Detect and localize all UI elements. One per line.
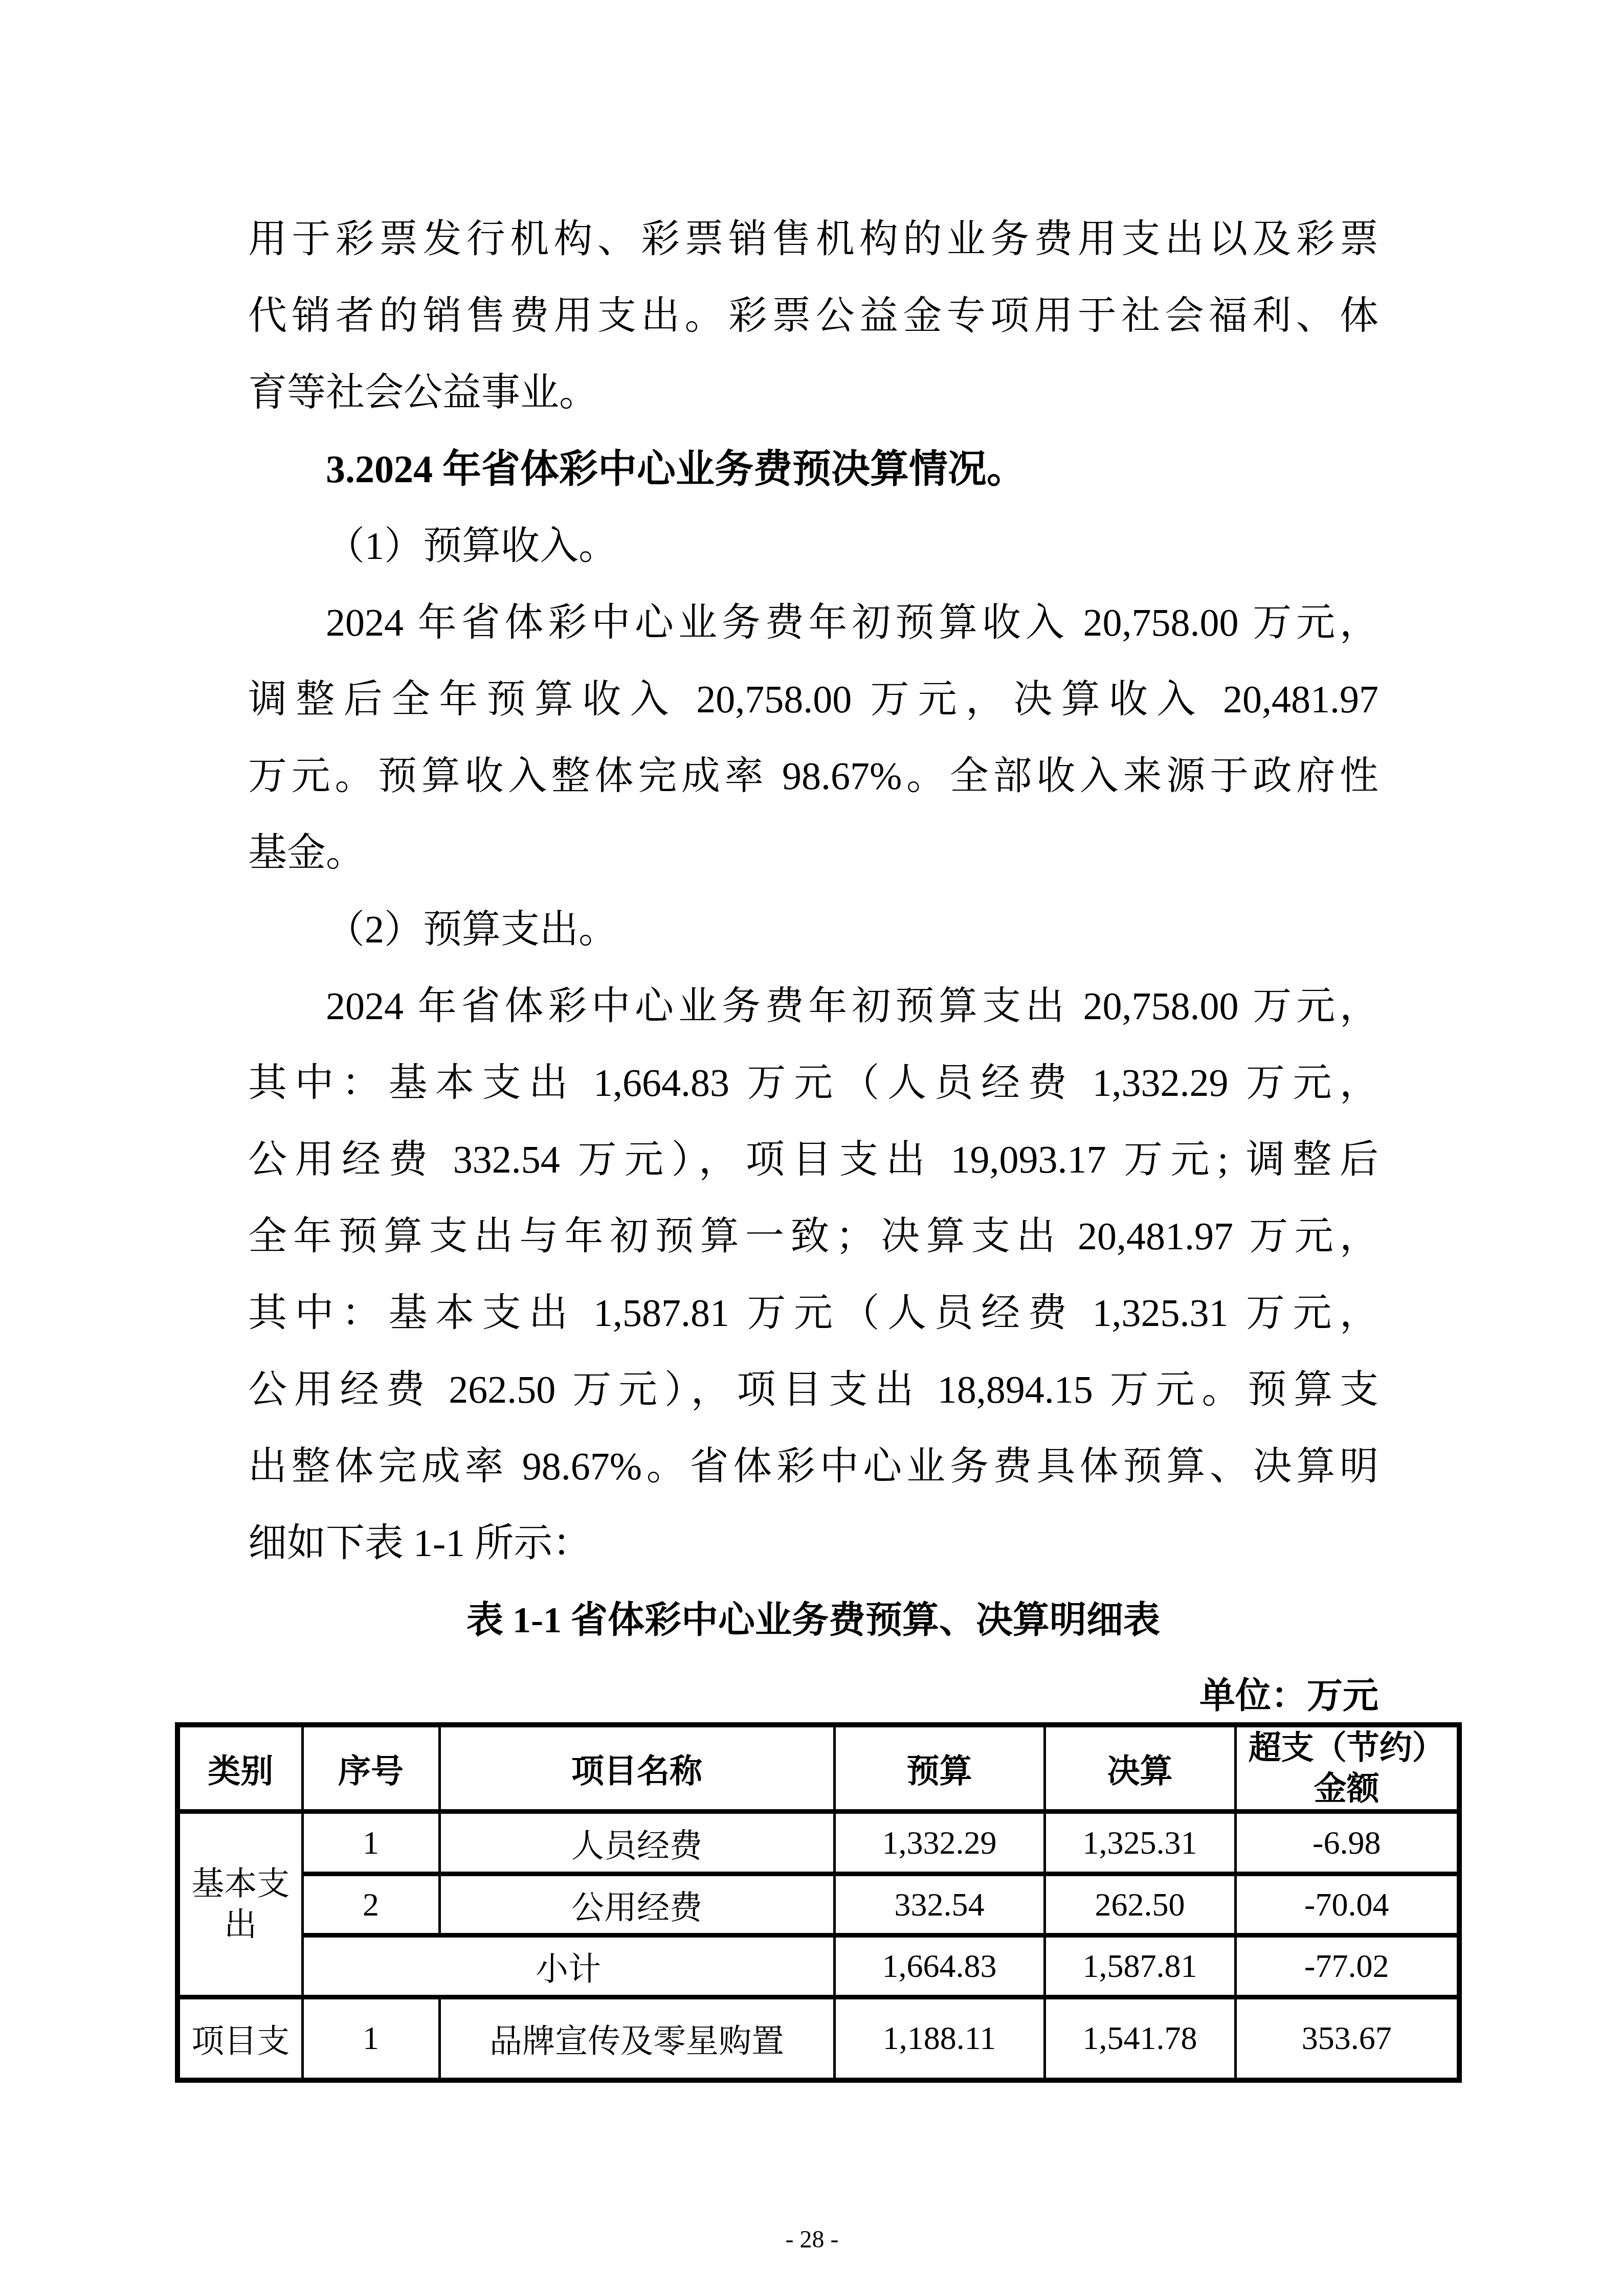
cell-final: 1,541.78 — [1044, 1997, 1235, 2080]
cell-final: 262.50 — [1044, 1874, 1235, 1935]
cell-budget: 1,332.29 — [834, 1812, 1044, 1874]
text-line: 万元。预算收入整体完成率 98.67%。全部收入来源于政府性 — [248, 738, 1378, 815]
cell-no: 1 — [302, 1812, 439, 1874]
text-line: 其中：基本支出 1,587.81 万元（人员经费 1,325.31 万元， — [248, 1275, 1378, 1352]
text-line: 基金。 — [248, 815, 1378, 891]
header-budget: 预算 — [834, 1725, 1044, 1812]
cell-category-project: 项目支 — [177, 1997, 302, 2080]
header-final: 决算 — [1044, 1725, 1235, 1812]
table-row-subtotal: 小计 1,664.83 1,587.81 -77.02 — [177, 1935, 1459, 1997]
cell-final: 1,587.81 — [1044, 1935, 1235, 1997]
text-line: 2024 年省体彩中心业务费年初预算支出 20,758.00 万元， — [248, 968, 1378, 1045]
text-line: 调整后全年预算收入 20,758.00 万元，决算收入 20,481.97 — [248, 661, 1378, 738]
header-no: 序号 — [302, 1725, 439, 1812]
text-line: 公用经费 332.54 万元），项目支出 19,093.17 万元; 调整后 — [248, 1121, 1378, 1198]
page-number: - 28 - — [0, 2225, 1624, 2254]
cell-subtotal-label: 小计 — [302, 1935, 834, 1997]
section-heading: 3.2024 年省体彩中心业务费预决算情况。 — [248, 431, 1378, 508]
text-line: 全年预算支出与年初预算一致；决算支出 20,481.97 万元， — [248, 1198, 1378, 1275]
cell-category-basic-line2: 出 — [180, 1904, 301, 1945]
body-text: 用于彩票发行机构、彩票销售机构的业务费用支出以及彩票 代销者的销售费用支出。彩票… — [248, 201, 1378, 1735]
text-line: 出整体完成率 98.67%。省体彩中心业务费具体预算、决算明 — [248, 1428, 1378, 1505]
cell-category-basic: 基本支 出 — [177, 1812, 302, 1997]
cell-over: -70.04 — [1235, 1874, 1459, 1935]
cell-no: 1 — [302, 1997, 439, 2080]
text-line: 代销者的销售费用支出。彩票公益金专项用于社会福利、体 — [248, 278, 1378, 354]
subsection-heading: （1）预算收入。 — [248, 508, 1378, 584]
document-page: 用于彩票发行机构、彩票销售机构的业务费用支出以及彩票 代销者的销售费用支出。彩票… — [0, 0, 1624, 2296]
cell-over: 353.67 — [1235, 1997, 1459, 2080]
header-over: 超支（节约） 金额 — [1235, 1725, 1459, 1812]
cell-budget: 1,664.83 — [834, 1935, 1044, 1997]
cell-budget: 332.54 — [834, 1874, 1044, 1935]
cell-item: 品牌宣传及零星购置 — [439, 1997, 834, 2080]
table-row: 项目支 1 品牌宣传及零星购置 1,188.11 1,541.78 353.67 — [177, 1997, 1459, 2080]
table-header-row: 类别 序号 项目名称 预算 决算 超支（节约） 金额 — [177, 1725, 1459, 1812]
cell-no: 2 — [302, 1874, 439, 1935]
header-item: 项目名称 — [439, 1725, 834, 1812]
text-line: 细如下表 1-1 所示： — [248, 1505, 1378, 1582]
table-row: 基本支 出 1 人员经费 1,332.29 1,325.31 -6.98 — [177, 1812, 1459, 1874]
cell-over: -6.98 — [1235, 1812, 1459, 1874]
header-category: 类别 — [177, 1725, 302, 1812]
text-line: 2024 年省体彩中心业务费年初预算收入 20,758.00 万元， — [248, 584, 1378, 661]
cell-final: 1,325.31 — [1044, 1812, 1235, 1874]
cell-over: -77.02 — [1235, 1935, 1459, 1997]
header-over-line1: 超支（节约） — [1237, 1727, 1457, 1768]
cell-budget: 1,188.11 — [834, 1997, 1044, 2080]
subsection-heading: （2）预算支出。 — [248, 891, 1378, 968]
cell-item: 人员经费 — [439, 1812, 834, 1874]
text-line: 用于彩票发行机构、彩票销售机构的业务费用支出以及彩票 — [248, 201, 1378, 278]
cell-item: 公用经费 — [439, 1874, 834, 1935]
text-line: 育等社会公益事业。 — [248, 354, 1378, 431]
text-line: 公用经费 262.50 万元），项目支出 18,894.15 万元。预算支 — [248, 1352, 1378, 1428]
cell-category-basic-line1: 基本支 — [180, 1863, 301, 1904]
text-line: 其中：基本支出 1,664.83 万元（人员经费 1,332.29 万元， — [248, 1045, 1378, 1121]
table-caption: 表 1-1 省体彩中心业务费预算、决算明细表 — [248, 1582, 1378, 1658]
table-row: 2 公用经费 332.54 262.50 -70.04 — [177, 1874, 1459, 1935]
budget-table: 类别 序号 项目名称 预算 决算 超支（节约） 金额 基本支 出 1 人员经费 … — [175, 1722, 1462, 2083]
header-over-line2: 金额 — [1237, 1768, 1457, 1809]
